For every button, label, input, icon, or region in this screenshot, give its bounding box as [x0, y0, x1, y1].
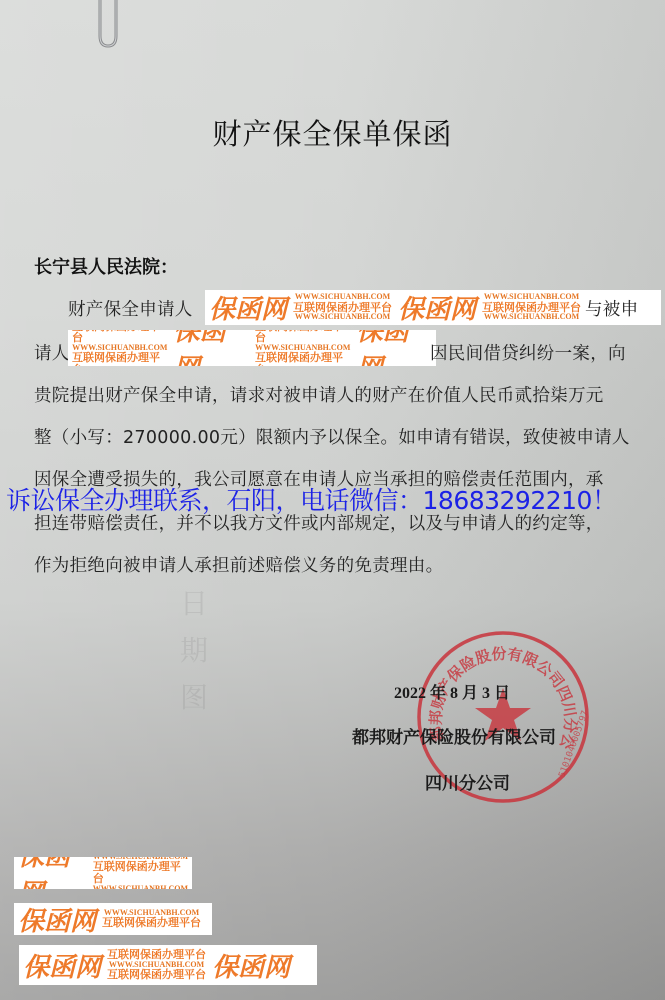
ghost-char: 日 [180, 582, 208, 622]
body-line-3: 贵院提出财产保全申请，请求对被申请人的财产在价值人民币贰拾柒万元 [34, 382, 604, 407]
watermark-slogan: 互联网保函办理平台 [72, 330, 168, 344]
contact-ad-overlay: 诉讼保全办理联系，石阳，电话微信：18683292210！ [6, 481, 616, 517]
watermark-logo: 保函网 [209, 290, 287, 325]
body-line-2-start: 请人 [34, 340, 70, 365]
watermark-logo: 保函网 [18, 857, 87, 889]
watermark-slogan: 互联网保函办理平台 [72, 352, 168, 366]
body-line-1-end: 与被申 [585, 296, 638, 321]
ghost-char: 期 [180, 629, 208, 669]
addressee: 长宁县人民法院： [34, 253, 178, 279]
watermark-logo: 保函网 [357, 330, 432, 366]
watermark-slogan: 互联网保函办理平台 [255, 352, 351, 366]
body-line-1-start: 财产保全申请人 [68, 296, 193, 321]
watermark-logo: 保函网 [212, 947, 290, 984]
watermark-logo: 保函网 [398, 290, 476, 325]
body-line-4: 整（小写：270000.00元）限额内予以保全。如申请有错误，致使被申请人 [34, 424, 630, 449]
watermark-url: WWW.SICHUANBH.COM [484, 313, 579, 321]
watermark-url: WWW.SICHUANBH.COM [295, 313, 390, 321]
watermark-banner: 保函网 WWW.SICHUANBH.COM互联网保函办理平台WWW.SICHUA… [14, 857, 192, 889]
document-title: 财产保全保单保函 [0, 112, 665, 153]
watermark-banner: 保函网 WWW.SICHUANBH.COM互联网保函办理平台 [14, 903, 212, 935]
watermark-url: WWW.SICHUANBH.COM [93, 885, 188, 889]
watermark-slogan: 互联网保函办理平台 [255, 330, 351, 344]
watermark-banner: 保函网 互联网保函办理平台WWW.SICHUANBH.COM互联网保函办理平台 … [19, 945, 317, 985]
watermark-slogan: 互联网保函办理平台 [102, 917, 201, 929]
ghost-char: 图 [180, 676, 208, 716]
body-line-7: 作为拒绝向被申请人承担前述赔偿义务的免责理由。 [34, 552, 443, 577]
paperclip-icon [92, 0, 128, 54]
issue-date: 2022 年 8 月 3 日 [394, 680, 510, 703]
watermark-logo: 保函网 [23, 947, 101, 984]
watermark-logo: 保函网 [18, 903, 96, 935]
body-line-2-end: 因民间借贷纠纷一案，向 [430, 340, 626, 365]
branch-name: 四川分公司 [425, 769, 510, 794]
watermark-slogan: 互联网保函办理平台 [107, 969, 206, 981]
company-name: 都邦财产保险股份有限公司 [352, 723, 556, 748]
watermark-logo: 保函网 [174, 330, 249, 366]
watermark-slogan: 互联网保函办理平台 [93, 861, 188, 884]
watermark-banner: 互联网保函办理平台WWW.SICHUANBH.COM互联网保函办理平台 保函网 … [68, 330, 436, 366]
